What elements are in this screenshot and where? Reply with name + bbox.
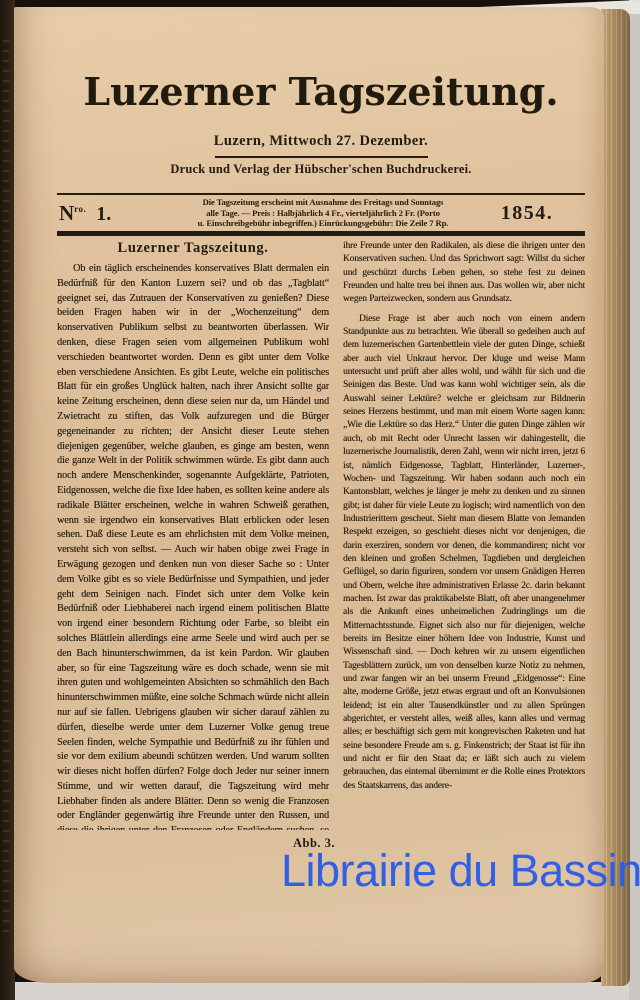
table-surface xyxy=(0,982,640,1000)
book-page-stack-edge xyxy=(601,9,630,986)
issue-number-superscript: ro. xyxy=(74,204,86,214)
masthead-title: Luzerner Tagszeitung. xyxy=(57,69,585,115)
bookseller-watermark: Librairie du Bassin xyxy=(281,845,640,897)
terms-line-1: Die Tagszeitung erscheint mit Ausnahme d… xyxy=(177,197,469,207)
terms-line-2: alle Tage. — Preis : Halbjährlich 4 Fr.,… xyxy=(177,208,469,218)
photographed-newspaper-scene: Luzerner Tagszeitung. Luzern, Mittwoch 2… xyxy=(0,0,640,1000)
article-left-text: Ob ein täglich erscheinendes konservativ… xyxy=(57,262,329,830)
issue-year: 1854. xyxy=(469,202,585,225)
article-headline: Luzerner Tagszeitung. xyxy=(57,240,329,257)
issue-number: Nro.1. xyxy=(57,201,177,226)
dateline: Luzern, Mittwoch 27. Dezember. xyxy=(57,133,585,150)
issue-info-bar: Nro.1. Die Tagszeitung erscheint mit Aus… xyxy=(57,193,585,236)
newspaper-page: Luzerner Tagszeitung. Luzern, Mittwoch 2… xyxy=(14,7,604,983)
right-column: ihre Freunde unter den Radikalen, als di… xyxy=(343,240,585,838)
issue-number-value: 1. xyxy=(96,203,111,225)
book-gutter-shadow xyxy=(0,0,15,1000)
imprint-line: Druck und Verlag der Hübscher'schen Buch… xyxy=(57,162,585,177)
issue-number-prefix: N xyxy=(59,201,74,225)
dateline-rule xyxy=(215,156,428,158)
article-right-text-p1: ihre Freunde unter den Radikalen, als di… xyxy=(343,240,585,307)
article-columns: Luzerner Tagszeitung. Ob ein täglich ers… xyxy=(57,240,585,838)
left-column: Luzerner Tagszeitung. Ob ein täglich ers… xyxy=(57,240,329,830)
gutter-print-marks xyxy=(3,40,9,940)
page-stack-lines xyxy=(601,9,630,986)
article-right-text-p2: Diese Frage ist aber auch noch von einem… xyxy=(343,313,585,793)
terms-line-3: u. Einschreibgebühr inbegriffen.) Einrüc… xyxy=(177,218,469,228)
page-content: Luzerner Tagszeitung. Luzern, Mittwoch 2… xyxy=(57,7,585,967)
subscription-terms: Die Tagszeitung erscheint mit Ausnahme d… xyxy=(177,197,469,228)
